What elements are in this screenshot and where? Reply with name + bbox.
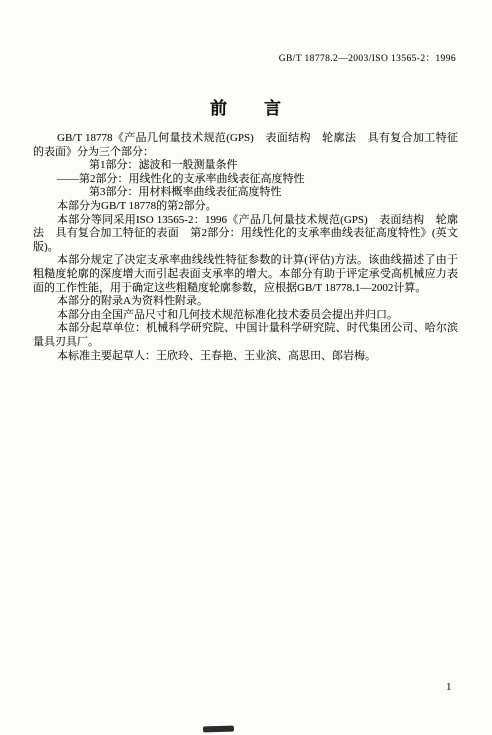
page-title: 前 言 <box>0 94 492 119</box>
paragraph-annex: 本部分的附录A为资料性附录。 <box>33 295 458 309</box>
list-item-part2: ——第2部分：用线性化的支承率曲线表征高度特性 <box>33 173 458 187</box>
scanned-document-page: GB/T 18778.2—2003/ISO 13565-2：1996 前 言 G… <box>0 0 492 735</box>
paragraph-adoption: 本部分等同采用ISO 13565-2：1996《产品几何量技术规范(GPS) 表… <box>33 214 458 255</box>
foreword-body: GB/T 18778《产品几何量技术规范(GPS) 表面结构 轮廓法 具有复合加… <box>33 132 458 363</box>
list-item-part1: 第1部分：滤波和一般测量条件 <box>33 159 458 173</box>
standard-reference-header: GB/T 18778.2—2003/ISO 13565-2：1996 <box>279 50 456 64</box>
paragraph-this-part: 本部分为GB/T 18778的第2部分。 <box>33 200 458 214</box>
paragraph-proposer: 本部分由全国产品尺寸和几何技术规范标准化技术委员会提出并归口。 <box>33 309 458 323</box>
list-item-part3: 第3部分：用材料概率曲线表征高度特性 <box>33 186 458 200</box>
paragraph-drafters: 本标准主要起草人：王欣玲、王春艳、王业滨、高思田、郎岩梅。 <box>33 350 458 364</box>
paragraph-scope: 本部分规定了决定支承率曲线线性特征参数的计算(评估)方法。该曲线描述了由于粗糙度… <box>33 254 458 295</box>
scan-artifact-mark <box>203 726 234 733</box>
paragraph-intro: GB/T 18778《产品几何量技术规范(GPS) 表面结构 轮廓法 具有复合加… <box>33 132 458 159</box>
page-number: 1 <box>446 681 452 693</box>
paragraph-drafting-org: 本部分起草单位：机械科学研究院、中国计量科学研究院、时代集团公司、哈尔滨量具刃具… <box>33 322 458 349</box>
